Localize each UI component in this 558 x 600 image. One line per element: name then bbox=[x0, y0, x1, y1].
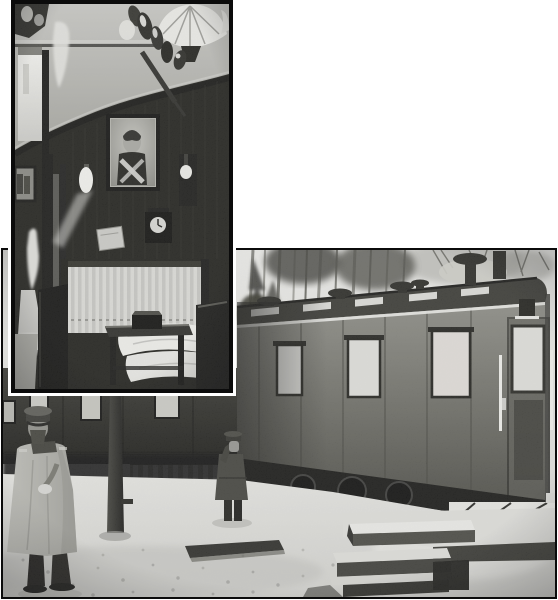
carriage-interior-photo bbox=[11, 0, 233, 393]
film-grain bbox=[15, 4, 229, 389]
page: { "page": { "width": 558, "height": 600,… bbox=[0, 0, 558, 600]
interior-scene bbox=[15, 4, 229, 389]
